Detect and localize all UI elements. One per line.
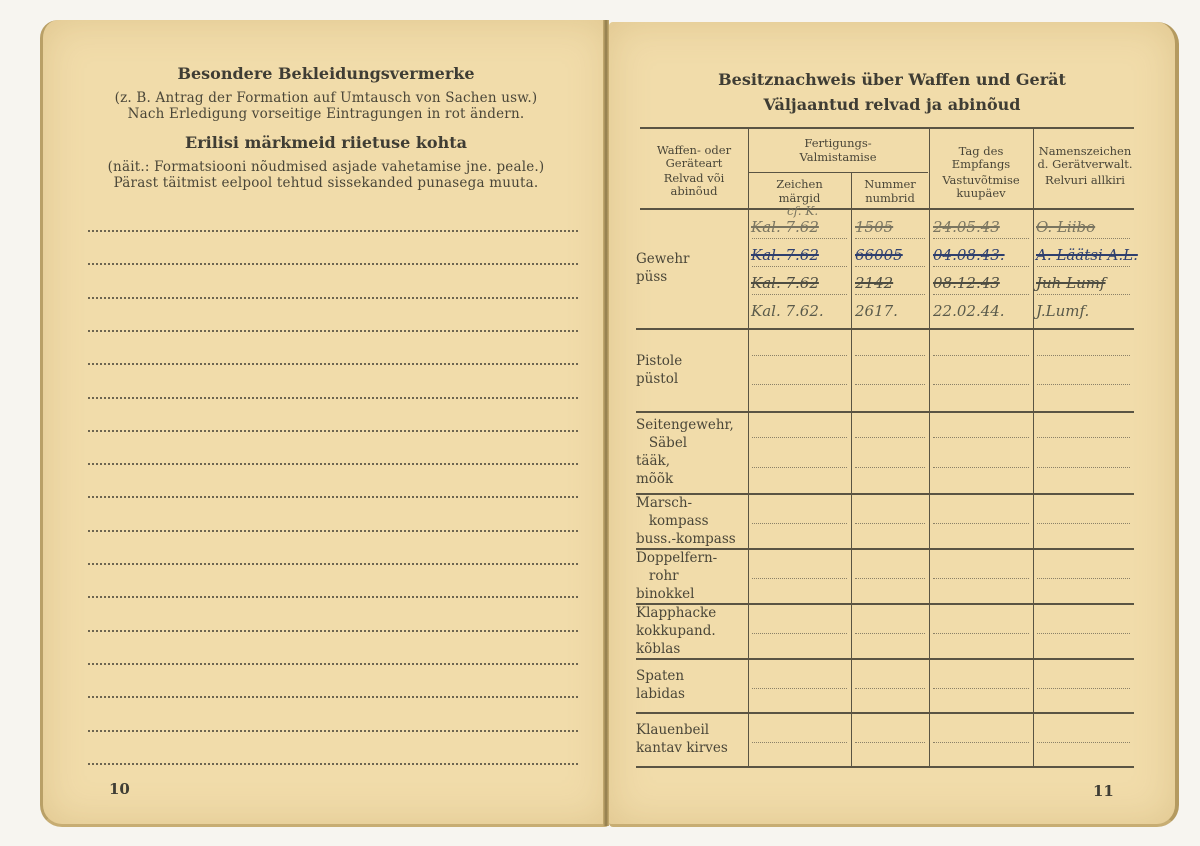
clothing-notes-sub-de-2: Nach Erledigung vorseitige Eintragungen … — [43, 106, 609, 122]
blank-entry-line — [88, 463, 578, 465]
row-label: Seitengewehr, Säbel tääk, mõõk — [636, 416, 734, 488]
row-rule — [636, 411, 1134, 413]
col-type-header-et: Relvad või abinõud — [640, 172, 748, 198]
col-date-header-et: Vastuvõtmise kuupäev — [931, 174, 1031, 200]
col-divider-3 — [929, 129, 930, 766]
entry-dotted-line — [752, 523, 847, 524]
rifle-signature-entry: O. Liibo — [1036, 218, 1095, 236]
page-number-left: 10 — [109, 780, 130, 798]
blank-entry-line — [88, 430, 578, 432]
entry-dotted-line — [752, 437, 847, 438]
rifle-date-entry: 22.02.44. — [933, 302, 1005, 320]
entry-dotted-line — [752, 688, 847, 689]
entry-dotted-line — [1037, 238, 1130, 239]
row-label: Klauenbeil kantav kirves — [636, 721, 728, 757]
entry-dotted-line — [933, 437, 1029, 438]
col-divider-4 — [1033, 129, 1034, 766]
blank-entry-line — [88, 297, 578, 299]
entry-dotted-line — [752, 742, 847, 743]
entry-dotted-line — [855, 238, 925, 239]
blank-entry-line — [88, 263, 578, 265]
entry-dotted-line — [752, 355, 847, 356]
blank-entry-line — [88, 763, 578, 765]
entry-dotted-line — [855, 437, 925, 438]
blank-entry-line — [88, 397, 578, 399]
entry-dotted-line — [933, 523, 1029, 524]
rifle-mark-entry: Kal. 7.62. — [751, 302, 824, 320]
col-number-header-de: Nummer — [851, 178, 929, 191]
col-sign-header-et: Relvuri allkiri — [1033, 174, 1137, 187]
entry-dotted-line — [1037, 384, 1130, 385]
rifle-date-entry: 24.05.43 — [933, 218, 1000, 236]
rifle-mark-annotation: cf. K. — [787, 204, 818, 218]
blank-entry-line — [88, 496, 578, 498]
entry-dotted-line — [752, 294, 847, 295]
row-rule — [636, 328, 1134, 330]
weapons-title-de: Besitznachweis über Waffen und Gerät — [609, 70, 1175, 89]
entry-dotted-line — [1037, 266, 1130, 267]
entry-dotted-line — [752, 633, 847, 634]
entry-dotted-line — [1037, 437, 1130, 438]
col-divider-2 — [851, 172, 852, 766]
weapons-title-et: Väljaantud relvad ja abinõud — [609, 95, 1175, 114]
blank-entry-line — [88, 730, 578, 732]
rifle-date-entry: 04.08.43. — [933, 246, 1005, 264]
clothing-notes-heading-et: Erilisi märkmeid riietuse kohta — [43, 133, 609, 152]
rifle-number-entry: 1505 — [855, 218, 893, 236]
entry-dotted-line — [933, 742, 1029, 743]
row-label: Marsch- kompass buss.-kompass — [636, 494, 736, 548]
row-label: Spaten labidas — [636, 667, 685, 703]
blank-entry-line — [88, 630, 578, 632]
rifle-signature-entry: J.Lumf. — [1036, 302, 1089, 320]
entry-dotted-line — [855, 266, 925, 267]
col-manufacture-header-et: Valmistamise — [748, 151, 928, 164]
col-manufacture-header-de: Fertigungs- — [748, 137, 928, 150]
entry-dotted-line — [752, 266, 847, 267]
row-rule — [636, 712, 1134, 714]
entry-dotted-line — [933, 238, 1029, 239]
col-number-header-et: numbrid — [851, 192, 929, 205]
entry-dotted-line — [933, 688, 1029, 689]
entry-dotted-line — [1037, 578, 1130, 579]
entry-dotted-line — [1037, 467, 1130, 468]
col-date-header-de: Tag des Empfangs — [931, 145, 1031, 171]
entry-dotted-line — [933, 355, 1029, 356]
entry-dotted-line — [855, 355, 925, 356]
entry-dotted-line — [752, 578, 847, 579]
entry-dotted-line — [933, 294, 1029, 295]
rifle-mark-entry: Kal. 7.62 — [751, 218, 819, 236]
blank-entry-line — [88, 696, 578, 698]
manufacture-subheader-rule — [748, 172, 928, 173]
clothing-notes-heading-de: Besondere Bekleidungsvermerke — [43, 64, 609, 83]
row-label: Pistole püstol — [636, 352, 682, 388]
rifle-signature-entry: A. Läätsi A.L. — [1036, 246, 1138, 264]
blank-entry-line — [88, 596, 578, 598]
blank-entry-line — [88, 663, 578, 665]
entry-dotted-line — [752, 384, 847, 385]
table-top-rule — [640, 127, 1134, 129]
row-label: Doppelfern- rohr binokkel — [636, 549, 717, 603]
entry-dotted-line — [1037, 742, 1130, 743]
entry-dotted-line — [1037, 523, 1130, 524]
col-mark-header-de: Zeichen — [748, 178, 851, 191]
entry-dotted-line — [1037, 633, 1130, 634]
entry-dotted-line — [752, 238, 847, 239]
entry-dotted-line — [752, 467, 847, 468]
blank-entry-line — [88, 530, 578, 532]
rifle-number-entry: 66005 — [855, 246, 903, 264]
blank-entry-line — [88, 330, 578, 332]
blank-entry-line — [88, 363, 578, 365]
entry-dotted-line — [855, 688, 925, 689]
entry-dotted-line — [855, 294, 925, 295]
entry-dotted-line — [855, 523, 925, 524]
row-rule — [636, 658, 1134, 660]
entry-dotted-line — [933, 384, 1029, 385]
blank-entry-line — [88, 230, 578, 232]
entry-dotted-line — [1037, 355, 1130, 356]
col-divider-1 — [748, 129, 749, 766]
header-bottom-rule — [640, 208, 1134, 210]
entry-dotted-line — [933, 633, 1029, 634]
right-page: Besitznachweis über Waffen und Gerät Väl… — [609, 22, 1179, 827]
entry-dotted-line — [1037, 688, 1130, 689]
col-sign-header-de: Namenszeichen d. Gerätverwalt. — [1033, 145, 1137, 171]
clothing-notes-sub-et-1: (näit.: Formatsiooni nõudmised asjade va… — [43, 159, 609, 175]
col-type-header-de: Waffen- oder Geräteart — [640, 144, 748, 170]
entry-dotted-line — [855, 578, 925, 579]
entry-dotted-line — [855, 384, 925, 385]
entry-dotted-line — [933, 578, 1029, 579]
entry-dotted-line — [1037, 294, 1130, 295]
row-label: Gewehr püss — [636, 250, 689, 286]
clothing-notes-sub-et-2: Pärast täitmist eelpool tehtud sissekand… — [43, 175, 609, 191]
rifle-mark-entry: Kal. 7.62 — [751, 274, 819, 292]
rifle-signature-entry: Juh Lumf — [1036, 274, 1106, 292]
entry-dotted-line — [933, 467, 1029, 468]
row-rule — [636, 766, 1134, 768]
rifle-date-entry: 08.12.43 — [933, 274, 1000, 292]
left-page: Besondere Bekleidungsvermerke (z. B. Ant… — [40, 20, 609, 827]
blank-entry-line — [88, 563, 578, 565]
rifle-number-entry: 2142 — [855, 274, 893, 292]
rifle-number-entry: 2617. — [855, 302, 898, 320]
entry-dotted-line — [855, 467, 925, 468]
page-number-right: 11 — [1093, 782, 1114, 800]
entry-dotted-line — [933, 266, 1029, 267]
rifle-mark-entry: Kal. 7.62 — [751, 246, 819, 264]
clothing-notes-sub-de-1: (z. B. Antrag der Formation auf Umtausch… — [43, 90, 609, 106]
entry-dotted-line — [855, 633, 925, 634]
row-label: Klapphacke kokkupand. kõblas — [636, 604, 716, 658]
entry-dotted-line — [855, 742, 925, 743]
